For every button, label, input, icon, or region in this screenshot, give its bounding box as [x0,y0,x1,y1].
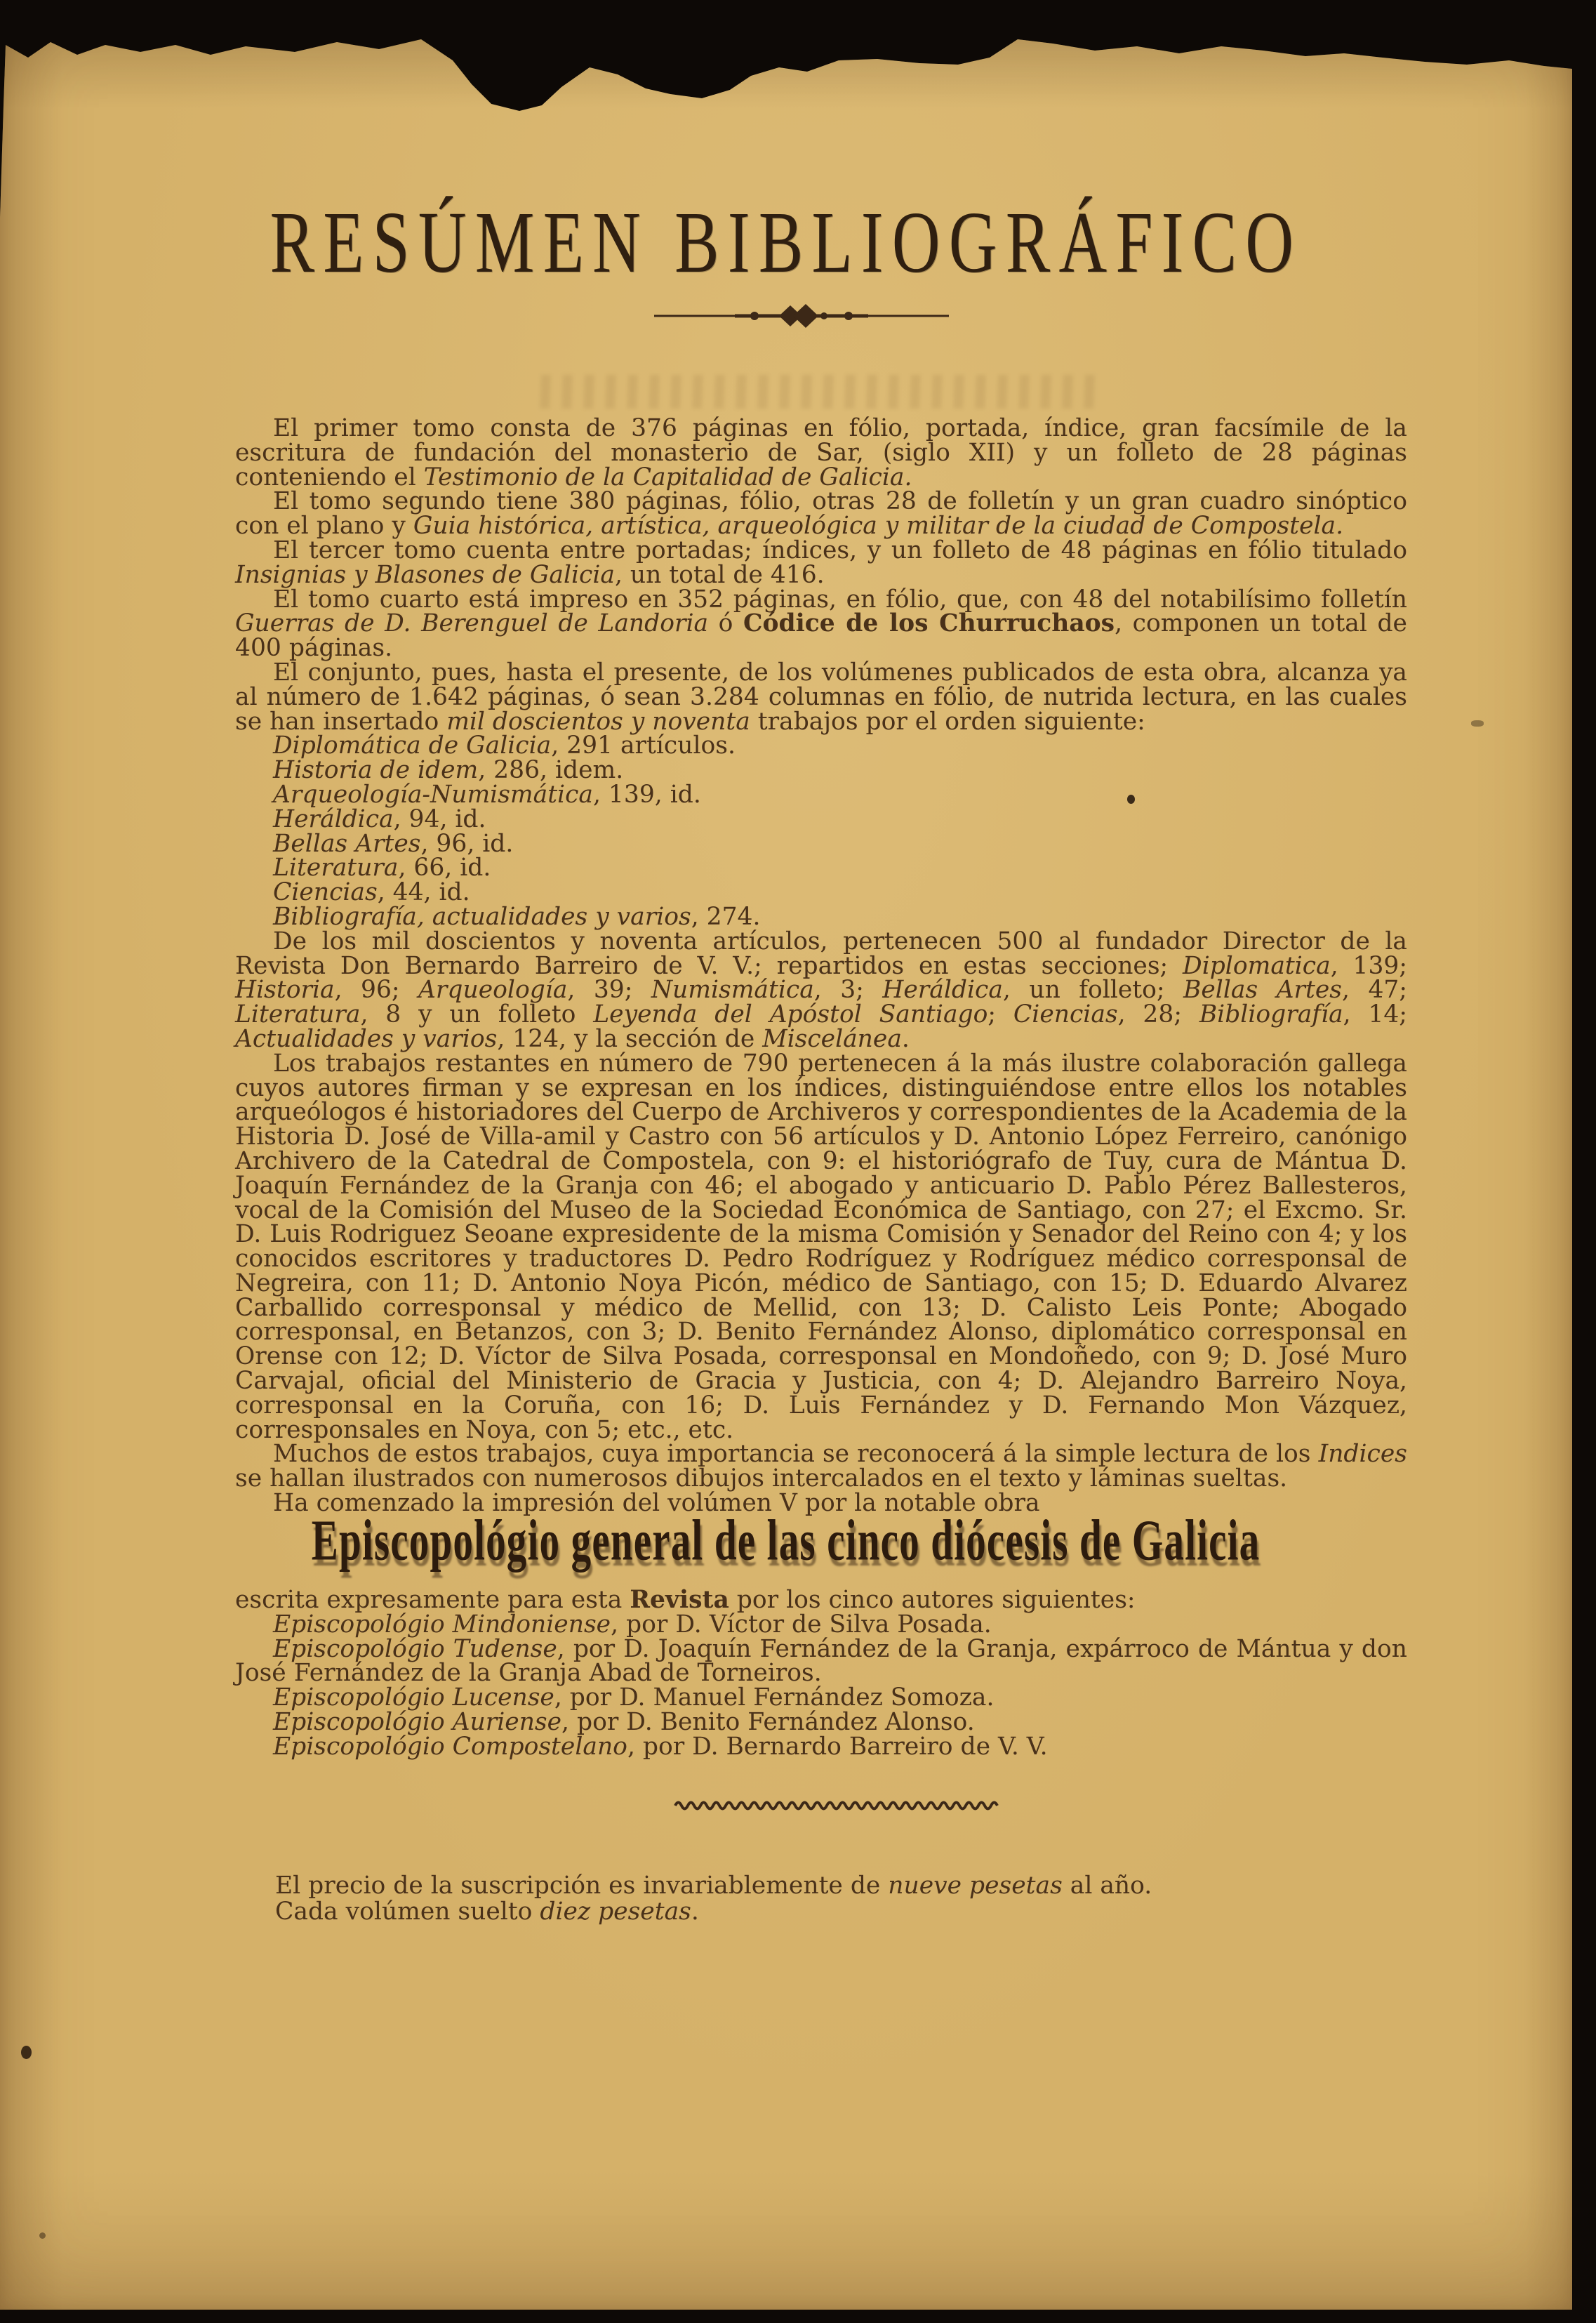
price-line-volume: Cada volúmen suelto diez pesetas. [275,1899,1328,1925]
autor-compostelano: Episcopológio Compostelano, por D. Berna… [235,1735,1407,1759]
ink-speck [21,2046,32,2059]
authors-text-block: escrita expresamente para esta Revista p… [235,1588,1407,1759]
list-item-literatura: Literatura, 66, id. [235,856,1407,880]
ink-speck [1127,795,1135,804]
price-line-subscription: El precio de la suscripción es invariabl… [275,1873,1328,1899]
autor-auriense: Episcopológio Auriense, por D. Benito Fe… [235,1710,1407,1735]
autor-tudense: Episcopológio Tudense, por D. Joaquín Fe… [235,1637,1407,1686]
episcopologio-heading: Episcopológio general de las cinco dióce… [0,1507,1572,1562]
list-item-bellas-artes: Bellas Artes, 96, id. [235,832,1407,856]
main-text-block: El primer tomo consta de 376 páginas en … [235,416,1407,1516]
price-text-block: El precio de la suscripción es invariabl… [275,1873,1328,1925]
list-item-historia: Historia de idem, 286, idem. [235,758,1407,783]
list-item-arqueologia: Arqueología-Numismática, 139, id. [235,783,1407,807]
title-divider-ornament-icon [0,300,1572,331]
conjunto-paragraph: El conjunto, pues, hasta el presente, de… [235,661,1407,734]
list-item-diplomatica: Diplomática de Galicia, 291 artículos. [235,734,1407,758]
show-through-smudge [540,375,1096,409]
list-item-bibliografia: Bibliografía, actualidades y varios, 274… [235,905,1407,929]
tomo-1-paragraph: El primer tomo consta de 376 páginas en … [235,416,1407,489]
autor-mindoniense: Episcopológio Mindoniense, por D. Víctor… [235,1613,1407,1637]
torn-edge-shadow [0,0,1572,151]
tomo-3-paragraph: El tercer tomo cuenta entre portadas; ín… [235,538,1407,588]
autores-intro-paragraph: escrita expresamente para esta Revista p… [235,1588,1407,1613]
ink-smudge [1471,720,1484,727]
colaboradores-paragraph: Los trabajos restantes en número de 790 … [235,1052,1407,1443]
indices-paragraph: Muchos de estos trabajos, cuya importanc… [235,1442,1407,1491]
footer-divider-wavy-rule-icon [674,1797,1000,1814]
autor-lucense: Episcopológio Lucense, por D. Manuel Fer… [235,1686,1407,1710]
tomo-2-paragraph: El tomo segundo tiene 380 páginas, fólio… [235,489,1407,538]
scanner-background: { "document": { "title": "RESÚMEN BIBLIO… [0,0,1596,2323]
list-item-ciencias: Ciencias, 44, id. [235,880,1407,905]
page-title: RESÚMEN BIBLIOGRÁFICO [0,191,1572,268]
tomo-4-paragraph: El tomo cuarto está impreso en 352 págin… [235,588,1407,661]
list-item-heraldica: Heráldica, 94, id. [235,807,1407,832]
ink-speck [39,2232,46,2239]
fundador-paragraph: De los mil doscientos y noventa artículo… [235,929,1407,1052]
scanned-page: RESÚMEN BIBLIOGRÁFICO El primer tomo con… [0,0,1572,2310]
